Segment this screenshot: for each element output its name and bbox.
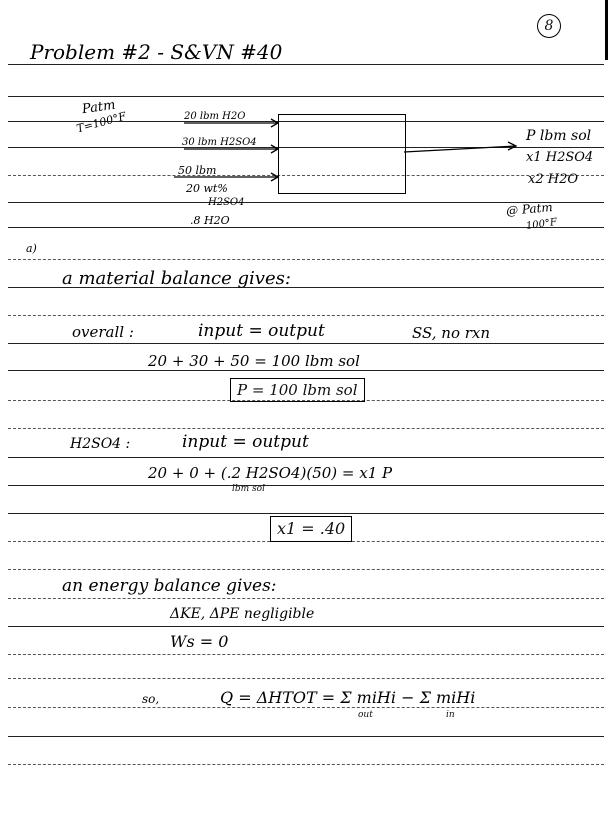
- overall-sum: 20 + 30 + 50 = 100 lbm sol: [148, 352, 360, 370]
- energy-equation: Q = ΔHTOT = Σ miHi − Σ miHi: [220, 688, 475, 707]
- output-stream-acid: x1 H2SO4: [526, 150, 593, 165]
- overall-equation: input = output: [198, 321, 325, 341]
- h2so4-equation: input = output: [182, 432, 309, 452]
- stream-arrows: [0, 0, 608, 832]
- so-label: so,: [142, 692, 159, 706]
- h2so4-result-box: x1 = .40: [270, 516, 352, 542]
- energy-assumption-ke-pe: ΔKE, ΔPE negligible: [170, 606, 314, 622]
- material-balance-heading: a material balance gives:: [62, 268, 291, 289]
- overall-result-box: P = 100 lbm sol: [230, 378, 365, 402]
- h2so4-label: H2SO4 :: [70, 436, 130, 452]
- h2so4-sum: 20 + 0 + (.2 H2SO4)(50) = x1 P: [148, 464, 392, 482]
- output-stream-water: x2 H2O: [528, 172, 578, 187]
- output-stream-total: P lbm sol: [526, 128, 591, 144]
- sum-subscript-out: out: [358, 710, 373, 720]
- energy-balance-heading: an energy balance gives:: [62, 576, 277, 596]
- overall-note: SS, no rxn: [412, 324, 490, 342]
- sum-subscript-in: in: [446, 710, 455, 720]
- h2so4-sum-denominator: lbm sol: [232, 484, 265, 494]
- overall-label: overall :: [72, 323, 134, 341]
- energy-assumption-work: Ws = 0: [170, 632, 228, 651]
- part-label: a): [26, 242, 37, 255]
